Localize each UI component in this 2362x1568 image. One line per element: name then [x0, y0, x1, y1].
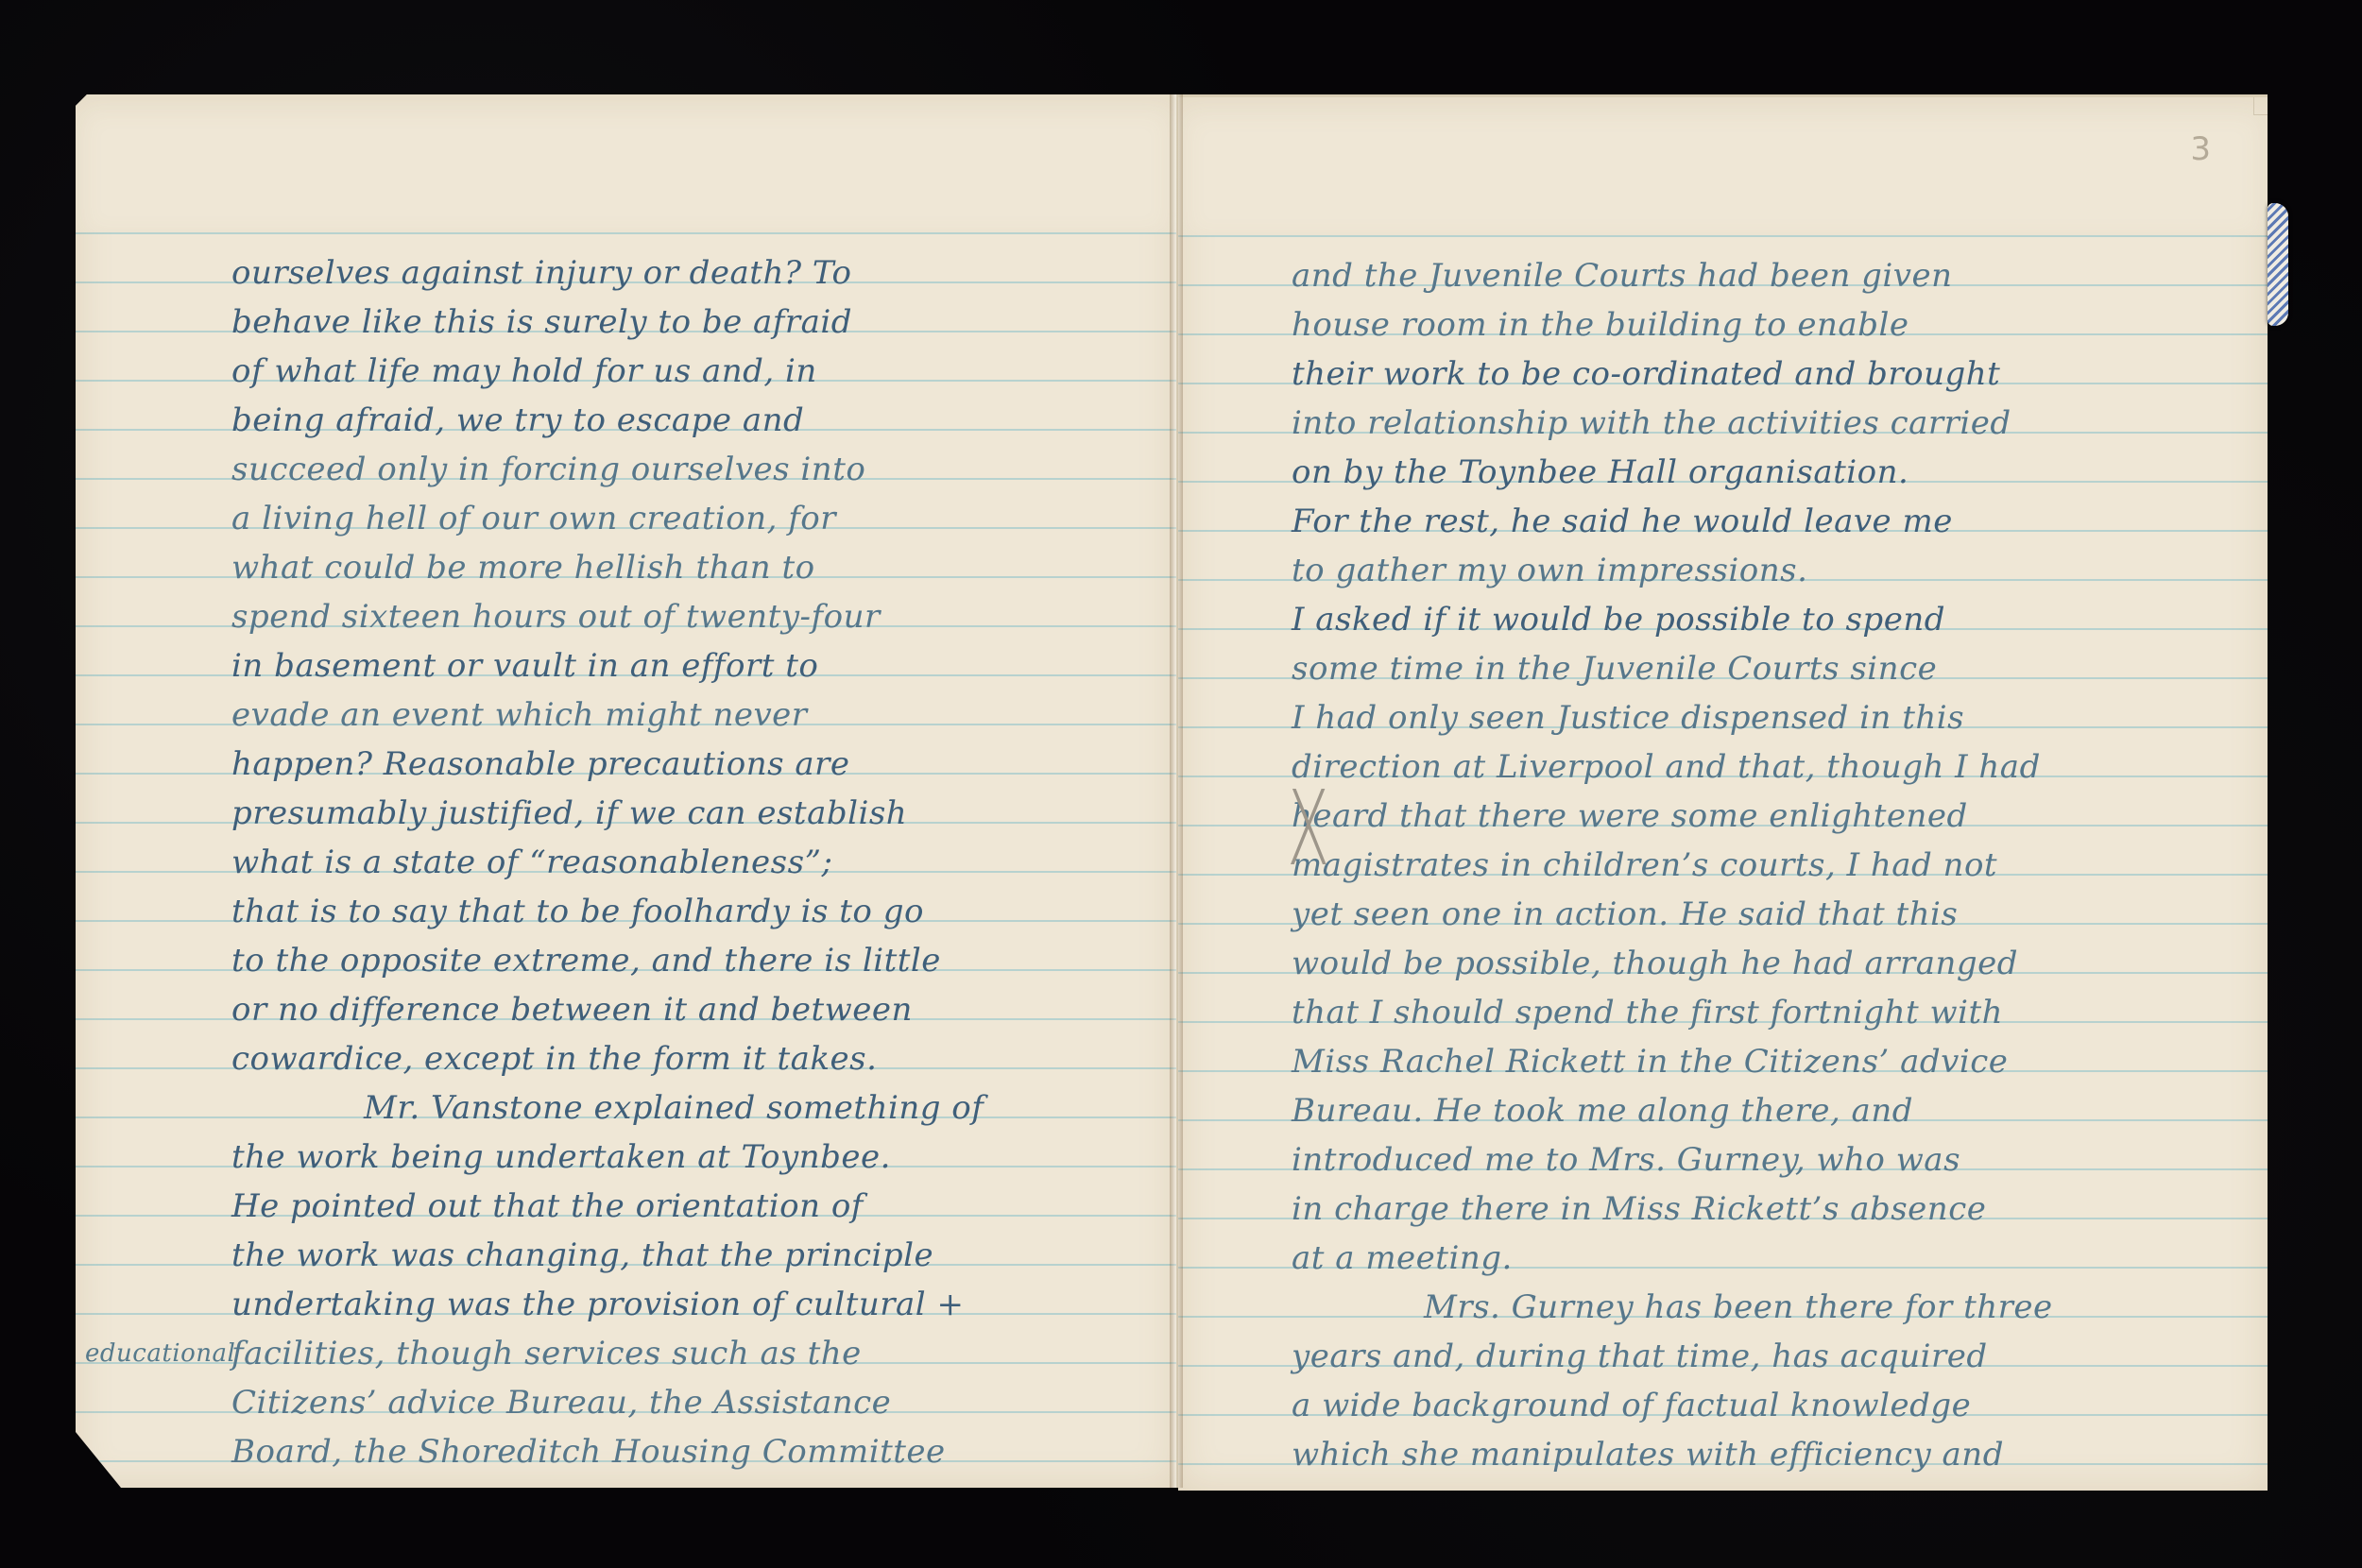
text-line: direction at Liverpool and that, though …	[1292, 742, 2246, 792]
text-line: their work to be co-ordinated and brough…	[1292, 349, 2246, 399]
text-line: Mr. Vanstone explained something of	[231, 1083, 1186, 1133]
text-line: and the Juvenile Courts had been given	[1292, 251, 2246, 300]
notebook-binding-gutter	[1170, 94, 1183, 1488]
text-line: introduced me to Mrs. Gurney, who was	[1292, 1135, 2246, 1185]
text-line: what is a state of “reasonableness”;	[231, 838, 1186, 887]
text-line: Citizens’ advice Bureau, the Assistance	[231, 1378, 1186, 1427]
text-line: educational facilities, though services …	[231, 1329, 1186, 1378]
text-line: presumably justified, if we can establis…	[231, 789, 1186, 838]
text-line: magistrates in children’s courts, I had …	[1292, 841, 2246, 890]
left-page-text: ourselves against injury or death? To be…	[231, 248, 1186, 1476]
text-line: spend sixteen hours out of twenty-four	[231, 592, 1186, 641]
text-line: that I should spend the first fortnight …	[1292, 988, 2246, 1037]
text-line: happen? Reasonable precautions are	[231, 740, 1186, 789]
torn-blue-tab	[2268, 203, 2288, 326]
text-line: in basement or vault in an effort to	[231, 641, 1186, 690]
text-line: undertaking was the provision of cultura…	[231, 1280, 1186, 1329]
left-page: ourselves against injury or death? To be…	[76, 94, 1178, 1488]
text-line: heard that there were some enlightened	[1292, 792, 2246, 841]
text-line: what could be more hellish than to	[231, 543, 1186, 592]
text-line: into relationship with the activities ca…	[1292, 399, 2246, 448]
text-line: to the opposite extreme, and there is li…	[231, 936, 1186, 985]
margin-note: educational	[85, 1329, 235, 1378]
text-line: Bureau. He took me along there, and	[1292, 1086, 2246, 1135]
text-line: to gather my own impressions.	[1292, 546, 2246, 595]
pencil-x-mark-icon: X	[1287, 768, 1329, 889]
text-line: ourselves against injury or death? To	[231, 248, 1186, 298]
text-line: behave like this is surely to be afraid	[231, 298, 1186, 347]
text-line-content: facilities, though services such as the	[231, 1335, 862, 1372]
text-line: on by the Toynbee Hall organisation.	[1292, 448, 2246, 497]
text-line: He pointed out that the orientation of	[231, 1182, 1186, 1231]
text-line: Miss Rachel Rickett in the Citizens’ adv…	[1292, 1037, 2246, 1086]
page-number: 3	[2190, 130, 2211, 168]
text-line: would be possible, though he had arrange…	[1292, 939, 2246, 988]
text-line: the work was changing, that the principl…	[231, 1231, 1186, 1280]
text-line: of what life may hold for us and, in	[231, 347, 1186, 396]
text-line: I asked if it would be possible to spend	[1292, 595, 2246, 644]
text-line: some time in the Juvenile Courts since	[1292, 644, 2246, 693]
text-line: For the rest, he said he would leave me	[1292, 497, 2246, 546]
text-line: succeed only in forcing ourselves into	[231, 445, 1186, 494]
text-line: cowardice, except in the form it takes.	[231, 1034, 1186, 1083]
text-line: Board, the Shoreditch Housing Committee	[231, 1427, 1186, 1476]
text-line: Mrs. Gurney has been there for three	[1292, 1283, 2246, 1332]
text-line: a living hell of our own creation, for	[231, 494, 1186, 543]
text-line: yet seen one in action. He said that thi…	[1292, 890, 2246, 939]
text-line: I had only seen Justice dispensed in thi…	[1292, 693, 2246, 742]
text-line: being afraid, we try to escape and	[231, 396, 1186, 445]
text-line: house room in the building to enable	[1292, 300, 2246, 349]
text-line: or no difference between it and between	[231, 985, 1186, 1034]
text-line: which she manipulates with efficiency an…	[1292, 1430, 2246, 1479]
text-line: the work being undertaken at Toynbee.	[231, 1133, 1186, 1182]
text-line: at a meeting.	[1292, 1234, 2246, 1283]
text-line: years and, during that time, has acquire…	[1292, 1332, 2246, 1381]
right-page-text: and the Juvenile Courts had been given h…	[1292, 251, 2246, 1479]
text-line: evade an event which might never	[231, 690, 1186, 740]
text-line: in charge there in Miss Rickett’s absenc…	[1292, 1185, 2246, 1234]
creased-corner	[2253, 97, 2268, 115]
right-page: 3 X and the Juvenile Courts had been giv…	[1178, 94, 2268, 1491]
text-line: a wide background of factual knowledge	[1292, 1381, 2246, 1430]
text-line: that is to say that to be foolhardy is t…	[231, 887, 1186, 936]
